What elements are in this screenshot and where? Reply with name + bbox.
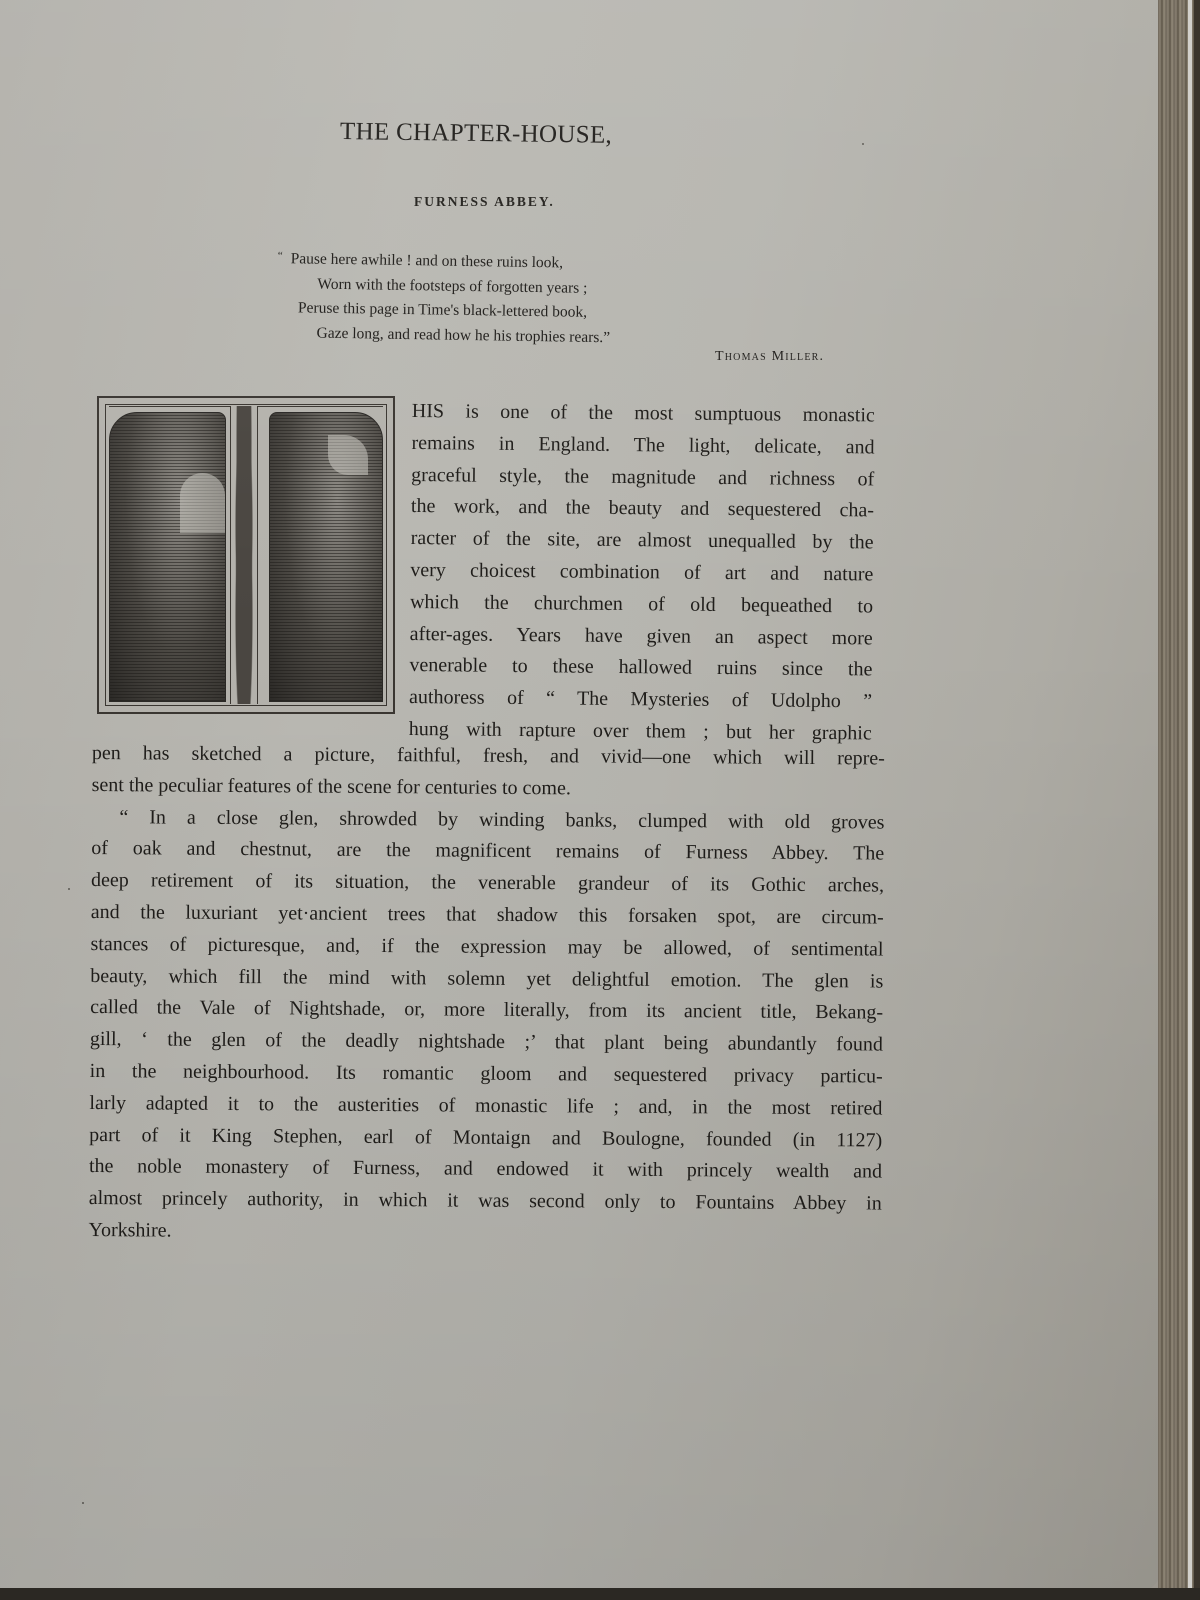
text-line: the work, and the beauty and sequestered… (411, 491, 874, 527)
text-line: larly adapted it to the austerities of m… (89, 1088, 882, 1125)
text-line: racter of the site, are almost unequalle… (410, 523, 873, 559)
book-bottom-shadow (0, 1588, 1200, 1600)
paper-speck (862, 143, 864, 145)
chapter-title: THE CHAPTER-HOUSE, (340, 118, 660, 150)
text-line: pen has sketched a picture, faithful, fr… (92, 738, 885, 775)
text-line: HIS is one of the most sumptuous monasti… (412, 396, 875, 432)
text-line: sent the peculiar features of the scene … (92, 770, 885, 807)
paper-speck (68, 888, 70, 890)
text-line: after-ages. Years have given an aspect m… (410, 619, 873, 655)
drop-cap-left-scene (109, 412, 226, 702)
text-line: authoress of “ The Mysteries of Udolpho … (409, 682, 872, 718)
illuminated-drop-cap-illustration (97, 396, 395, 714)
text-line: graceful style, the magnitude and richne… (411, 460, 874, 496)
text-line: very choicest combination of art and nat… (410, 555, 873, 591)
drop-cap-right-scene (269, 412, 383, 702)
drop-cap-letter-stem (230, 406, 258, 704)
text-line: and the luxuriant yet·ancient trees that… (91, 897, 884, 934)
epigraph-attribution: Thomas Miller. (715, 349, 824, 365)
book-page-edges (1158, 0, 1200, 1590)
text-line: in the neighbourhood. Its romantic gloom… (90, 1056, 883, 1093)
body-paragraph-wide: pen has sketched a picture, faithful, fr… (88, 738, 885, 1252)
book-page: THE CHAPTER-HOUSE, FURNESS ABBEY. “Pause… (0, 0, 1160, 1590)
body-paragraph-narrow: HIS is one of the most sumptuous monasti… (409, 396, 875, 750)
chapter-subtitle: FURNESS ABBEY. (414, 194, 555, 210)
text-line: stances of picturesque, and, if the expr… (90, 929, 883, 966)
text-line: almost princely authority, in which it w… (89, 1183, 882, 1220)
paper-speck (82, 1502, 84, 1504)
text-line: venerable to these hallowed ruins since … (409, 650, 872, 686)
text-line: which the churchmen of old bequeathed to (410, 587, 873, 623)
text-line: Yorkshire. (88, 1215, 881, 1252)
text-line: remains in England. The light, delicate,… (411, 428, 874, 464)
epigraph: “Pause here awhile ! and on these ruins … (276, 244, 878, 354)
open-quote: “ (278, 250, 283, 262)
